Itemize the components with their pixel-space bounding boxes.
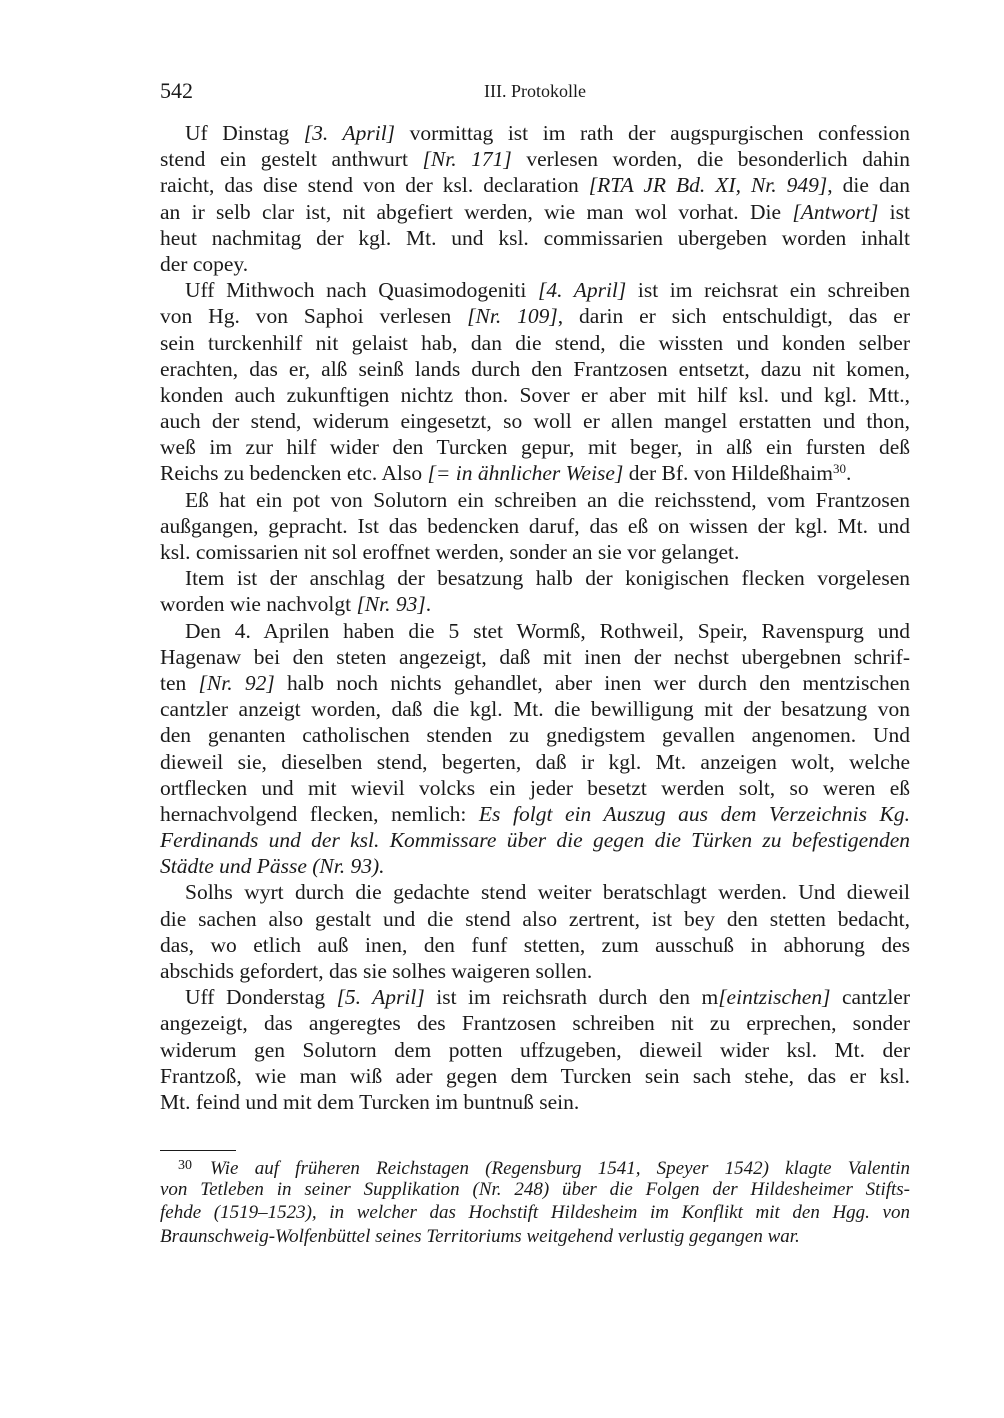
paragraph: Item ist der anschlag der besatzung halb… (160, 565, 910, 617)
text-segment: Uff Donderstag (185, 985, 337, 1009)
text-line: Item ist der anschlag der besatzung halb… (160, 565, 910, 591)
editorial-note: Städte und Pässe (Nr. 93). (160, 854, 385, 878)
footnote-text: von Tetleben in seiner Supplikation (Nr.… (160, 1179, 910, 1200)
text-segment: erachten, das er, alß seinß lands durch … (160, 357, 910, 381)
footnotes: 30Wie auf früheren Reichstagen (Regensbu… (160, 1154, 910, 1248)
text-line: Eß hat ein pot von Solutorn ein schreibe… (160, 487, 910, 513)
text-line: den genanten catholischen stenden zu gne… (160, 722, 910, 748)
text-line: Solhs wyrt durch die gedachte stend weit… (160, 879, 910, 905)
text-segment: Eß hat ein pot von Solutorn ein schreibe… (185, 488, 910, 512)
text-line: konden auch zukunftigen nichtz thon. Sov… (160, 382, 910, 408)
text-segment: ist (878, 200, 910, 224)
text-line: Frantzoß, wie man wiß ader gegen dem Tur… (160, 1063, 910, 1089)
text-segment: Hagenaw bei den steten angezeigt, daß mi… (160, 645, 910, 669)
paragraph: Solhs wyrt durch die gedachte stend weit… (160, 879, 910, 984)
text-segment: Uff Mithwoch nach Quasimodogeniti (185, 278, 538, 302)
text-segment: Mt. feind und mit dem Turcken im buntnuß… (160, 1090, 579, 1114)
body-text: Uf Dinstag [3. April] vormittag ist im r… (160, 120, 910, 1115)
text-line: außgangen, gepracht. Ist das bedencken d… (160, 513, 910, 539)
footnote-text: fehde (1519–1523), in welcher das Hochst… (160, 1202, 910, 1223)
text-line: heut nachmitag der kgl. Mt. und ksl. com… (160, 225, 910, 251)
editorial-note: [Nr. 93] (356, 592, 425, 616)
text-line: an ir selb clar ist, nit abgefiert werde… (160, 199, 910, 225)
footnote-marker: 30 (160, 1154, 210, 1178)
text-segment: Solhs wyrt durch die gedachte stend weit… (185, 880, 910, 904)
editorial-note: [5. April] (337, 985, 425, 1009)
footnote-separator (160, 1150, 236, 1151)
editorial-note: [Nr. 92] (199, 671, 275, 695)
text-segment: Reichs zu bedencken etc. Also (160, 461, 427, 485)
text-line: Den 4. Aprilen haben die 5 stet Wormß, R… (160, 618, 910, 644)
editorial-note: [= in ähnlicher Weise] (427, 461, 623, 485)
text-segment: abschids gefordert, das sie solhes waige… (160, 959, 592, 983)
text-line: Uff Donderstag [5. April] ist im reichsr… (160, 984, 910, 1010)
text-segment: sein turckenhilf nit gelaist hab, dan di… (160, 331, 910, 355)
text-segment: . (846, 461, 851, 485)
text-segment: konden auch zukunftigen nichtz thon. Sov… (160, 383, 910, 407)
footnote-line: fehde (1519–1523), in welcher das Hochst… (160, 1201, 910, 1225)
editorial-note: [eintzischen] (718, 985, 830, 1009)
section-title: III. Protokolle (160, 81, 910, 102)
text-segment: ist im reichsrat ein schreiben (626, 278, 910, 302)
text-segment: der copey. (160, 252, 248, 276)
editorial-note: Ferdinands und der ksl. Kommissare über … (160, 828, 910, 852)
text-segment: . (426, 592, 431, 616)
text-segment: der Bf. von Hildeßhaim (623, 461, 833, 485)
text-segment: ortflecken und mit wievil volcks ein jed… (160, 776, 910, 800)
text-segment: verlesen worden, die besonderlich dahin (512, 147, 910, 171)
text-line: ksl. comissarien nit sol eroffnet werden… (160, 539, 910, 565)
footnote-line: von Tetleben in seiner Supplikation (Nr.… (160, 1178, 910, 1202)
text-line: cantzler anzeigt worden, daß die kgl. Mt… (160, 696, 910, 722)
text-segment: angezeigt, das angeregtes des Frantzosen… (160, 1011, 910, 1035)
text-line: Reichs zu bedencken etc. Also [= in ähnl… (160, 460, 910, 486)
text-segment: weß im zur hilf wider den Turcken gepur,… (160, 435, 910, 459)
text-line: angezeigt, das angeregtes des Frantzosen… (160, 1010, 910, 1036)
text-segment: stend ein gestelt anthwurt (160, 147, 423, 171)
text-line: hernachvolgend flecken, nemlich: Es folg… (160, 801, 910, 827)
text-line: ten [Nr. 92] halb noch nichts gehandlet,… (160, 670, 910, 696)
text-line: Hagenaw bei den steten angezeigt, daß mi… (160, 644, 910, 670)
text-segment: auch der stend, widerum eingesetzt, so w… (160, 409, 910, 433)
text-segment: ten (160, 671, 199, 695)
footnote-text: Braunschweig-Wolfenbüttel seines Territo… (160, 1226, 800, 1247)
text-line: das, wo etlich auß inen, den funf stette… (160, 932, 910, 958)
text-line: abschids gefordert, das sie solhes waige… (160, 958, 910, 984)
editorial-note: [RTA JR Bd. XI, Nr. 949] (589, 173, 828, 197)
text-line: widerum gen Solutorn dem potten uffzugeb… (160, 1037, 910, 1063)
text-line: der copey. (160, 251, 910, 277)
text-line: die sachen also gestalt und die stend al… (160, 906, 910, 932)
text-line: Mt. feind und mit dem Turcken im buntnuß… (160, 1089, 910, 1115)
footnote-reference: 30 (833, 461, 846, 476)
paragraph: Uff Mithwoch nach Quasimodogeniti [4. Ap… (160, 277, 910, 487)
text-segment: vormittag ist im rath der augspurgischen… (395, 121, 910, 145)
footnote-text: Wie auf früheren Reichstagen (Regensburg… (210, 1158, 910, 1179)
text-segment: heut nachmitag der kgl. Mt. und ksl. com… (160, 226, 910, 250)
text-segment: halb noch nichts gehandlet, aber inen we… (275, 671, 910, 695)
text-segment: ist im reichsrath durch den m (425, 985, 718, 1009)
text-segment: widerum gen Solutorn dem potten uffzugeb… (160, 1038, 910, 1062)
paragraph: Den 4. Aprilen haben die 5 stet Wormß, R… (160, 618, 910, 880)
text-segment: Item ist der anschlag der besatzung halb… (185, 566, 910, 590)
text-line: raicht, das dise stend von der ksl. decl… (160, 172, 910, 198)
text-line: worden wie nachvolgt [Nr. 93]. (160, 591, 910, 617)
paragraph: Uf Dinstag [3. April] vormittag ist im r… (160, 120, 910, 277)
text-segment: das, wo etlich auß inen, den funf stette… (160, 933, 910, 957)
text-segment: an ir selb clar ist, nit abgefiert werde… (160, 200, 792, 224)
text-line: weß im zur hilf wider den Turcken gepur,… (160, 434, 910, 460)
text-segment: außgangen, gepracht. Ist das bedencken d… (160, 514, 910, 538)
text-line: erachten, das er, alß seinß lands durch … (160, 356, 910, 382)
text-segment: den genanten catholischen stenden zu gne… (160, 723, 910, 747)
text-segment: Uf Dinstag (185, 121, 304, 145)
footnote: 30Wie auf früheren Reichstagen (Regensbu… (160, 1154, 910, 1248)
text-segment: , darin er sich entschuldigt, das er (558, 304, 910, 328)
text-segment: cantzler (830, 985, 910, 1009)
text-line: ortflecken und mit wievil volcks ein jed… (160, 775, 910, 801)
text-segment: raicht, das dise stend von der ksl. decl… (160, 173, 589, 197)
text-segment: cantzler anzeigt worden, daß die kgl. Mt… (160, 697, 910, 721)
text-line: Städte und Pässe (Nr. 93). (160, 853, 910, 879)
footnote-line: Braunschweig-Wolfenbüttel seines Territo… (160, 1225, 910, 1249)
paragraph: Eß hat ein pot von Solutorn ein schreibe… (160, 487, 910, 566)
text-line: Ferdinands und der ksl. Kommissare über … (160, 827, 910, 853)
text-segment: dieweil sie, dieselben stend, begerten, … (160, 750, 910, 774)
text-segment: worden wie nachvolgt (160, 592, 356, 616)
text-segment: hernachvolgend flecken, nemlich: (160, 802, 479, 826)
running-head: 542 III. Protokolle (160, 78, 910, 108)
editorial-note: [3. April] (304, 121, 395, 145)
text-line: auch der stend, widerum eingesetzt, so w… (160, 408, 910, 434)
text-line: von Hg. von Saphoi verlesen [Nr. 109], d… (160, 303, 910, 329)
paragraph: Uff Donderstag [5. April] ist im reichsr… (160, 984, 910, 1115)
text-segment: die sachen also gestalt und die stend al… (160, 907, 910, 931)
footnote-line: 30Wie auf früheren Reichstagen (Regensbu… (160, 1154, 910, 1178)
text-line: Uff Mithwoch nach Quasimodogeniti [4. Ap… (160, 277, 910, 303)
editorial-note: [Nr. 171] (423, 147, 512, 171)
editorial-note: Es folgt ein Auszug aus dem Verzeichnis … (479, 802, 910, 826)
editorial-note: [Nr. 109] (467, 304, 558, 328)
text-line: Uf Dinstag [3. April] vormittag ist im r… (160, 120, 910, 146)
text-line: dieweil sie, dieselben stend, begerten, … (160, 749, 910, 775)
editorial-note: [Antwort] (792, 200, 878, 224)
text-segment: Den 4. Aprilen haben die 5 stet Wormß, R… (185, 619, 910, 643)
editorial-note: [4. April] (538, 278, 626, 302)
text-segment: Frantzoß, wie man wiß ader gegen dem Tur… (160, 1064, 910, 1088)
text-segment: von Hg. von Saphoi verlesen (160, 304, 467, 328)
text-segment: , die dan (827, 173, 910, 197)
text-segment: ksl. comissarien nit sol eroffnet werden… (160, 540, 739, 564)
text-line: sein turckenhilf nit gelaist hab, dan di… (160, 330, 910, 356)
text-line: stend ein gestelt anthwurt [Nr. 171] ver… (160, 146, 910, 172)
